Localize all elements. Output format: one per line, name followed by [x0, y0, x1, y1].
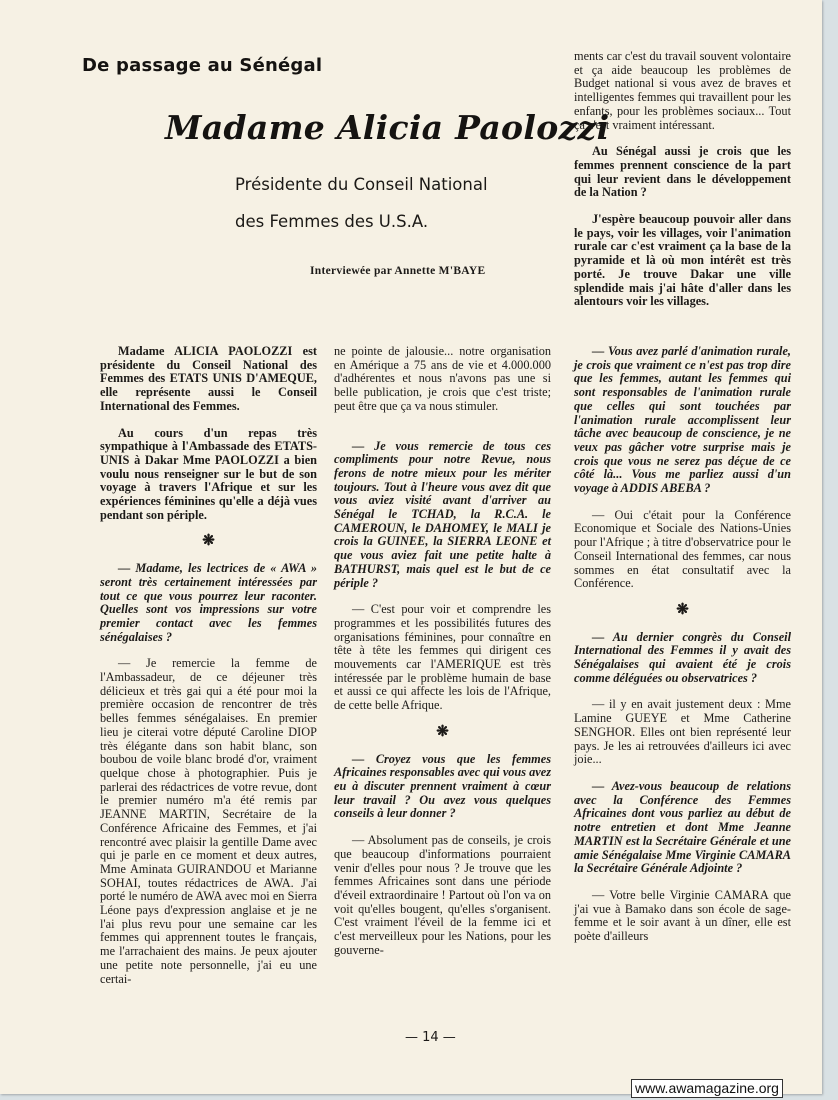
answer-3: — Absolument pas de conseils, je crois q…: [334, 834, 551, 957]
answer-1-continued: ne pointe de jalousie... notre organisat…: [334, 345, 551, 414]
question-7: — Avez-vous beaucoup de relations avec l…: [574, 780, 791, 876]
intro-paragraph-1: Madame ALICIA PAOLOZZI est présidente du…: [100, 345, 317, 414]
question-2: — Je vous remercie de tous ces complimen…: [334, 440, 551, 591]
intro-paragraph-2: Au cours d'un repas très sympathique à l…: [100, 427, 317, 523]
question-3: — Croyez vous que les femmes Africaines …: [334, 753, 551, 822]
answer-3-continued: ments car c'est du travail souvent volon…: [574, 50, 791, 132]
separator-asterism-icon: ❋: [334, 726, 551, 740]
column-3-top: ments car c'est du travail souvent volon…: [574, 50, 791, 322]
subtitle-line-2: des Femmes des U.S.A.: [235, 212, 428, 231]
magazine-page: De passage au Sénégal Madame Alicia Paol…: [0, 0, 822, 1094]
section-kicker: De passage au Sénégal: [82, 55, 322, 76]
question-6: — Au dernier congrès du Conseil Internat…: [574, 631, 791, 686]
page-number: — 14 —: [405, 1030, 456, 1045]
column-1: Madame ALICIA PAOLOZZI est présidente du…: [100, 345, 317, 999]
answer-4: J'espère beaucoup pouvoir aller dans le …: [574, 213, 791, 309]
watermark-link[interactable]: www.awamagazine.org: [631, 1079, 783, 1098]
answer-2: — C'est pour voir et comprendre les prog…: [334, 603, 551, 713]
article-title: Madame Alicia Paolozzi: [165, 108, 609, 147]
separator-asterism-icon: ❋: [574, 604, 791, 618]
column-3: — Vous avez parlé d'animation rurale, je…: [574, 345, 791, 957]
question-5: — Vous avez parlé d'animation rurale, je…: [574, 345, 791, 496]
column-2: ne pointe de jalousie... notre organisat…: [334, 345, 551, 970]
byline: Interviewée par Annette M'BAYE: [310, 265, 485, 277]
separator-asterism-icon: ❋: [100, 535, 317, 549]
subtitle-line-1: Présidente du Conseil National: [235, 175, 488, 194]
question-1: — Madame, les lectrices de « AWA » seron…: [100, 562, 317, 644]
answer-7: — Votre belle Virginie CAMARA que j'ai v…: [574, 889, 791, 944]
answer-5: — Oui c'était pour la Conférence Economi…: [574, 509, 791, 591]
question-4: Au Sénégal aussi je crois que les femmes…: [574, 145, 791, 200]
answer-1: — Je remercie la femme de l'Ambassadeur,…: [100, 657, 317, 986]
answer-6: — il y en avait justement deux : Mme Lam…: [574, 698, 791, 767]
